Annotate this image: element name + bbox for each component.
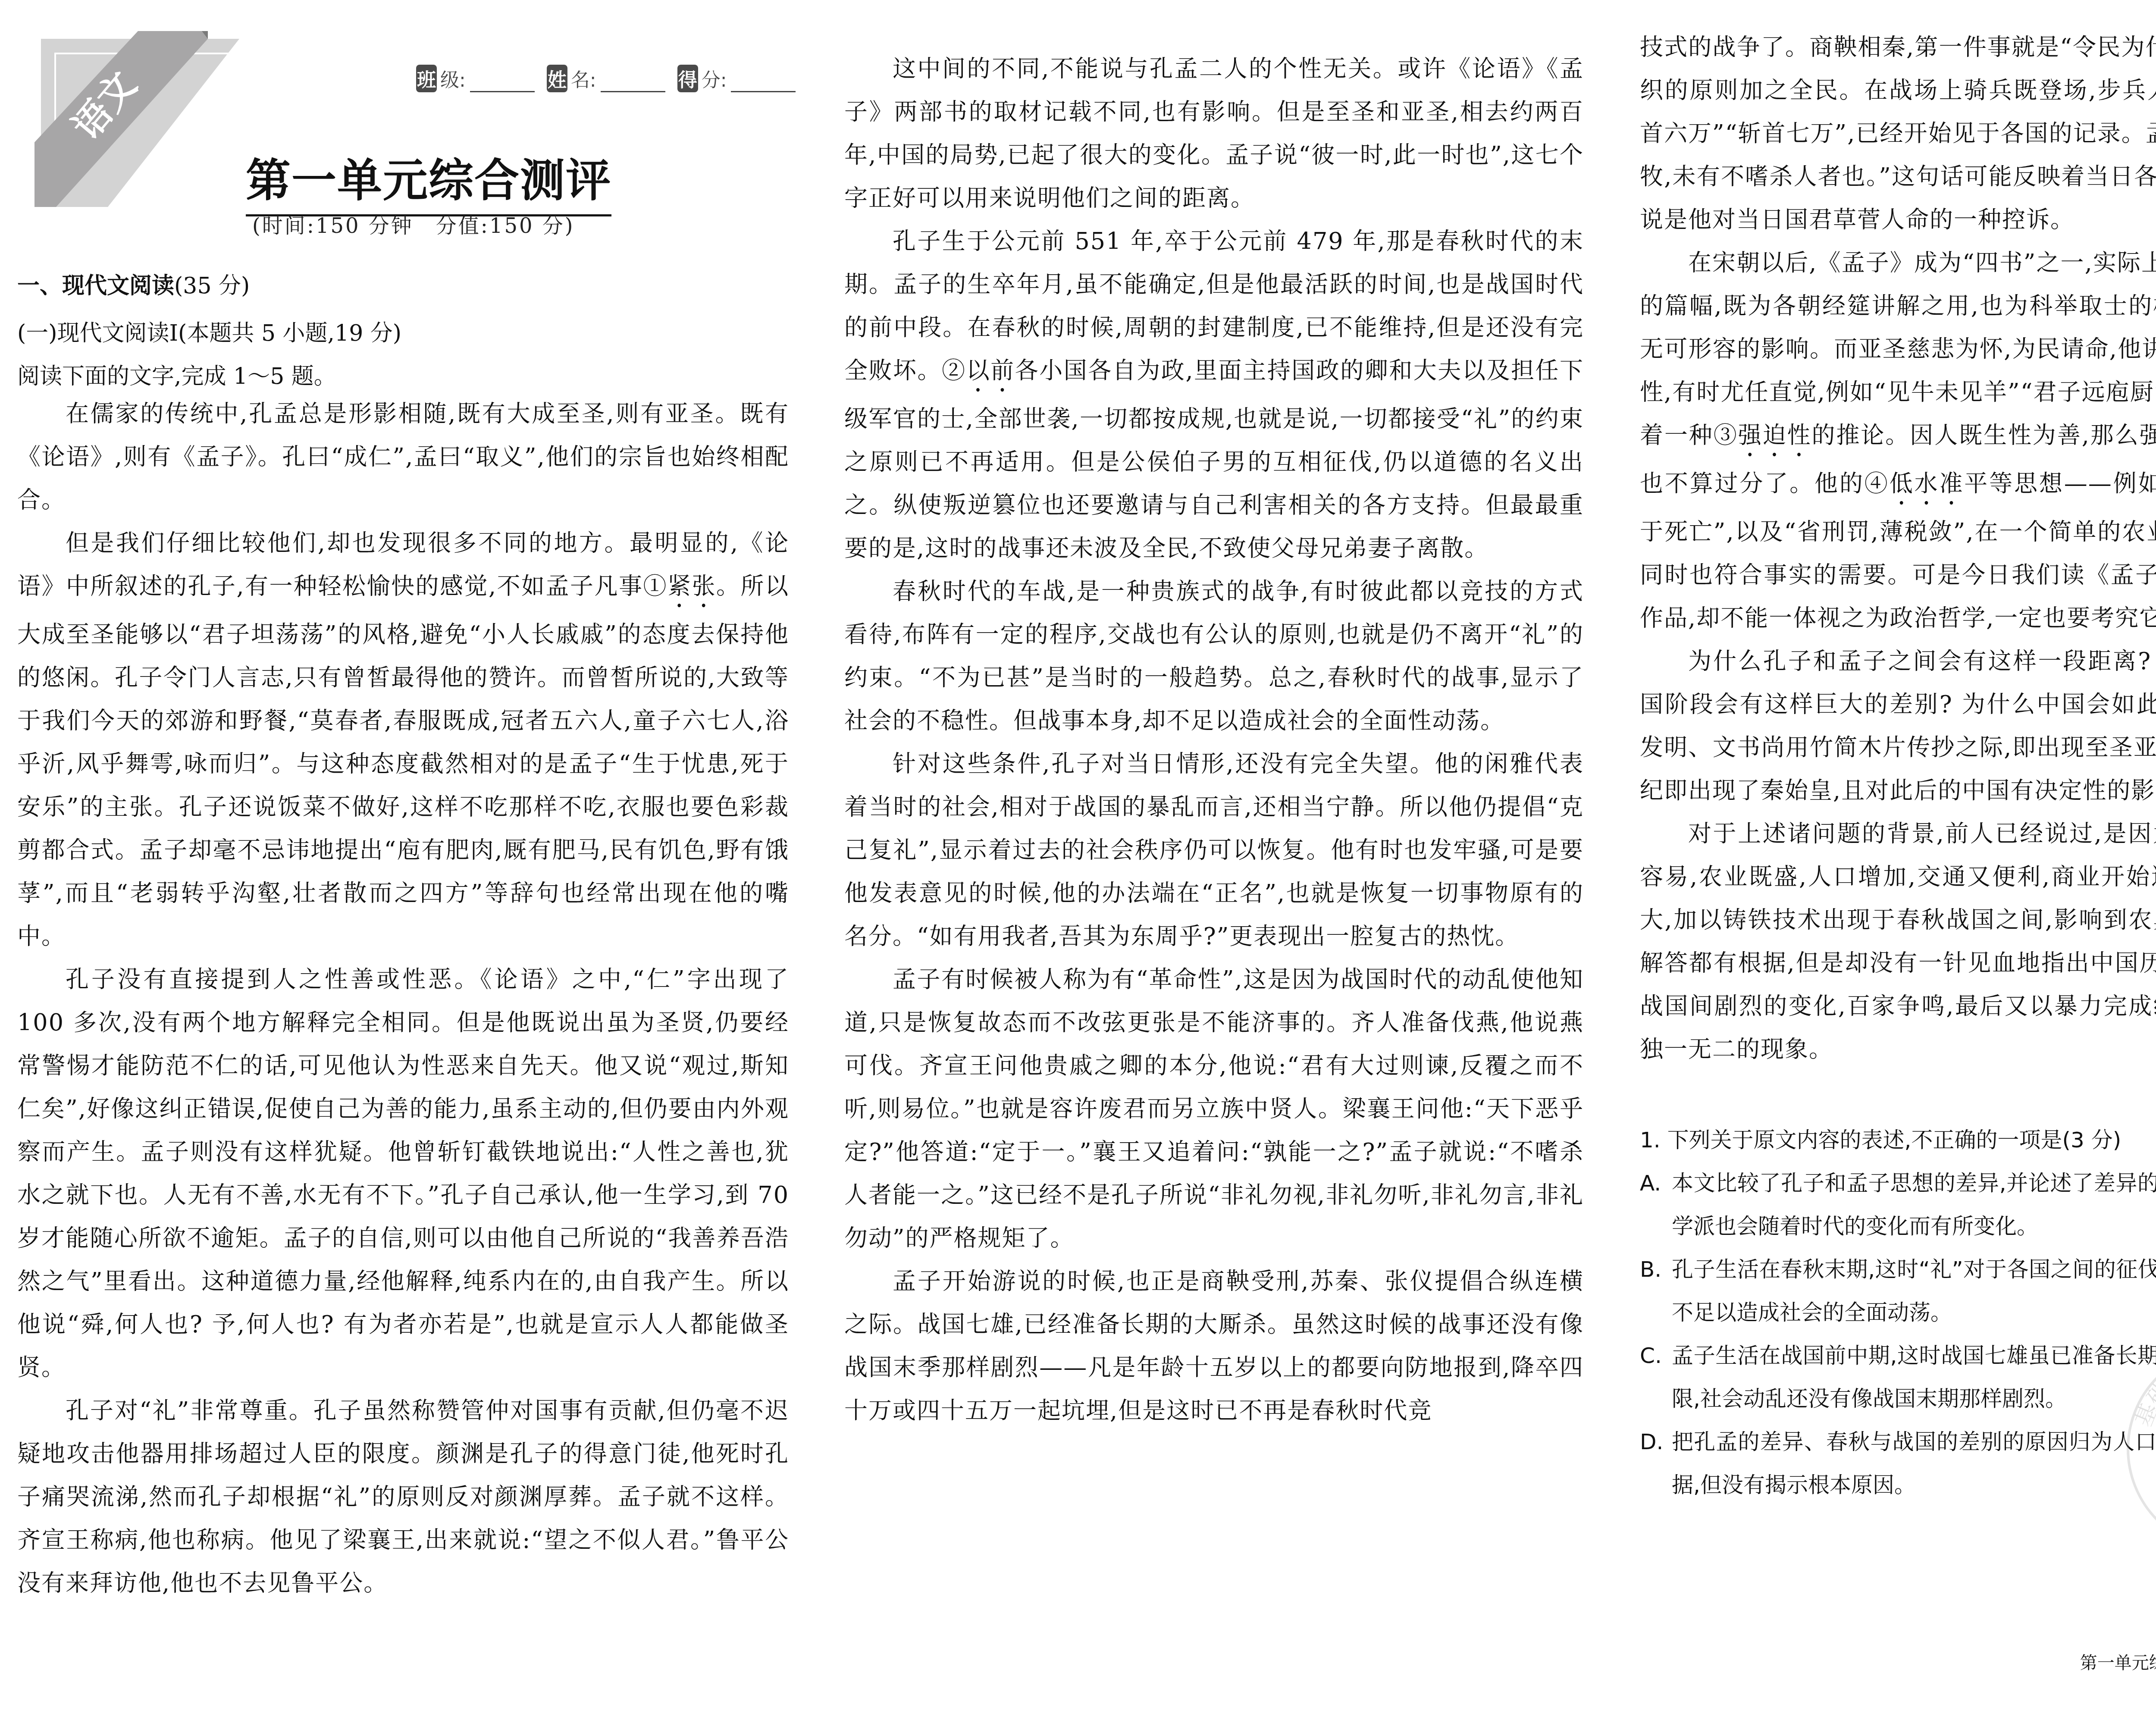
option-letter: B. (1640, 1248, 1672, 1334)
passage-paragraph: 在儒家的传统中,孔孟总是形影相随,既有大成至圣,则有亚圣。既有《论语》,则有《孟… (17, 392, 789, 522)
class-blank[interactable] (470, 72, 535, 92)
passage-paragraph: 孔子生于公元前 551 年,卒于公元前 479 年,那是春秋时代的末期。孟子的生… (844, 220, 1584, 570)
name-blank[interactable] (601, 72, 665, 92)
name-label: 名: (571, 65, 596, 92)
question-text: 下列关于原文内容的表述,不正确的一项是(3 分) (1667, 1128, 2122, 1153)
score-label: 分: (702, 65, 727, 92)
question-stem-text: 1. 下列关于原文内容的表述,不正确的一项是(3 分) (1640, 1118, 2121, 1162)
option-b[interactable]: B. 孔子生活在春秋末期,这时“礼”对于各国之间的征伐还有一定约束力,战事还不足… (1640, 1248, 2156, 1334)
passage-paragraph: 孔子对“礼”非常尊重。孔子虽然称赞管仲对国事有贡献,但仍毫不迟疑地攻击他器用排场… (17, 1389, 789, 1605)
option-d[interactable]: D. 把孔孟的差异、春秋与战国的差别的原因归为人口、交通等,这虽有事实根据,但没… (1640, 1420, 2156, 1507)
subsection-heading: (一)现代文阅读Ⅰ(本题共 5 小题,19 分) (17, 315, 401, 347)
passage-paragraph: 对于上述诸问题的背景,前人已经说过,是因为华北黄土地带,耕耘容易,农业既盛,人口… (1640, 812, 2156, 1071)
reading-instruction: 阅读下面的文字,完成 1～5 题。 (17, 358, 336, 390)
text-run: 。所以大成至圣能够以“君子坦荡荡”的风格,避免“小人长戚戚”的态度去保持他的悠闲… (17, 573, 789, 950)
name-label-first: 姓 (547, 65, 567, 92)
footer-title: 第一单元综合测评 (2080, 1649, 2156, 1674)
text-run: 在宋朝以后,《孟子》成为“四书”之一,实际上它占“四书”一半以上的篇幅,既为各朝… (1640, 249, 2156, 449)
passage-paragraph: 在宋朝以后,《孟子》成为“四书”之一,实际上它占“四书”一半以上的篇幅,既为各朝… (1640, 241, 2156, 640)
score-label-first: 得 (677, 65, 698, 92)
option-text: 孔子生活在春秋末期,这时“礼”对于各国之间的征伐还有一定约束力,战事还不足以造成… (1672, 1248, 2156, 1334)
passage-paragraph: 针对这些条件,孔子对当日情形,还没有完全失望。他的闲雅代表着当时的社会,相对于战… (844, 742, 1584, 958)
emphasized-term-1: 紧张 (667, 573, 716, 600)
option-letter: C. (1640, 1334, 1672, 1420)
option-letter: A. (1640, 1162, 1672, 1248)
passage-column-left: 在儒家的传统中,孔孟总是形影相随,既有大成至圣,则有亚圣。既有《论语》,则有《孟… (17, 392, 789, 1605)
passage-paragraph: 春秋时代的车战,是一种贵族式的战争,有时彼此都以竞技的方式看待,布阵有一定的程序… (844, 570, 1584, 742)
passage-paragraph: 但是我们仔细比较他们,却也发现很多不同的地方。最明显的,《论语》中所叙述的孔子,… (17, 522, 789, 958)
class-label: 级: (440, 65, 466, 92)
section-points: (35 分) (174, 273, 250, 299)
emphasized-term-4: 低水准 (1890, 470, 1965, 497)
name-field: 姓 名: (547, 65, 665, 92)
option-a[interactable]: A. 本文比较了孔子和孟子思想的差异,并论述了差异的根源,从中可以看出同一学派也… (1640, 1162, 2156, 1248)
question-1: 1. 下列关于原文内容的表述,不正确的一项是(3 分) ( ) A. 本文比较了… (1640, 1118, 2156, 1507)
option-text: 把孔孟的差异、春秋与战国的差别的原因归为人口、交通等,这虽有事实根据,但没有揭示… (1672, 1420, 2156, 1507)
section-heading: 一、现代文阅读(35 分) (17, 267, 250, 300)
passage-paragraph: 这中间的不同,不能说与孔孟二人的个性无关。或许《论语》《孟子》两部书的取材记载不… (844, 47, 1584, 220)
passage-paragraph: 孟子有时候被人称为有“革命性”,这是因为战国时代的动乱使他知道,只是恢复故态而不… (844, 958, 1584, 1260)
passage-paragraph: 为什么孔子和孟子之间会有这样一段距离? 为什么春秋阶段与战国阶段会有这样巨大的差… (1640, 640, 2156, 812)
passage-column-middle: 这中间的不同,不能说与孔孟二人的个性无关。或许《论语》《孟子》两部书的取材记载不… (844, 47, 1584, 1432)
class-field: 班 级: (416, 65, 535, 92)
option-c[interactable]: C. 孟子生活在战国前中期,这时战国七雄虽已准备长期的大厮杀,但参战人数有限,社… (1640, 1334, 2156, 1420)
score-blank[interactable] (731, 72, 796, 92)
passage-source: (节选自黄仁宇《孔孟》) (1640, 1071, 2156, 1114)
option-text: 本文比较了孔子和孟子思想的差异,并论述了差异的根源,从中可以看出同一学派也会随着… (1672, 1162, 2156, 1248)
emphasized-term-3: 强迫性 (1738, 422, 1812, 449)
exam-time-and-score: (时间:150 分钟 分值:150 分) (252, 209, 575, 239)
passage-paragraph: 孟子开始游说的时候,也正是商鞅受刑,苏秦、张仪提倡合纵连横之际。战国七雄,已经准… (844, 1260, 1584, 1432)
ribbon-graphic: 语文 (0, 0, 267, 207)
subject-corner-badge: 语文 (0, 0, 267, 207)
student-info-row: 班 级: 姓 名: 得 分: (416, 65, 796, 92)
passage-paragraph: 技式的战争了。商鞅相秦,第一件事就是“令民为什伍”,即以一种军事组织的原则加之全… (1640, 26, 2156, 241)
section-label: 一、现代文阅读 (17, 273, 174, 299)
option-text: 孟子生活在战国前中期,这时战国七雄虽已准备长期的大厮杀,但参战人数有限,社会动乱… (1672, 1334, 2156, 1420)
passage-column-right: 技式的战争了。商鞅相秦,第一件事就是“令民为什伍”,即以一种军事组织的原则加之全… (1640, 26, 2156, 1507)
page-footer: 第一单元综合测评 测评卷 卷 01 (2080, 1643, 2156, 1674)
class-label-first: 班 (416, 65, 437, 92)
question-stem: 1. 下列关于原文内容的表述,不正确的一项是(3 分) ( ) (1640, 1118, 2156, 1162)
passage-paragraph: 孔子没有直接提到人之性善或性恶。《论语》之中,“仁”字出现了 100 多次,没有… (17, 958, 789, 1389)
emphasized-term-2: 以前 (966, 357, 1015, 384)
text-run: 各小国各自为政,里面主持国政的卿和大夫以及担任下级军官的士,全部世袭,一切都按成… (844, 357, 1584, 562)
score-field: 得 分: (677, 65, 796, 92)
question-number: 1. (1640, 1128, 1661, 1153)
option-letter: D. (1640, 1420, 1672, 1507)
page-title: 第一单元综合测评 (246, 144, 611, 216)
